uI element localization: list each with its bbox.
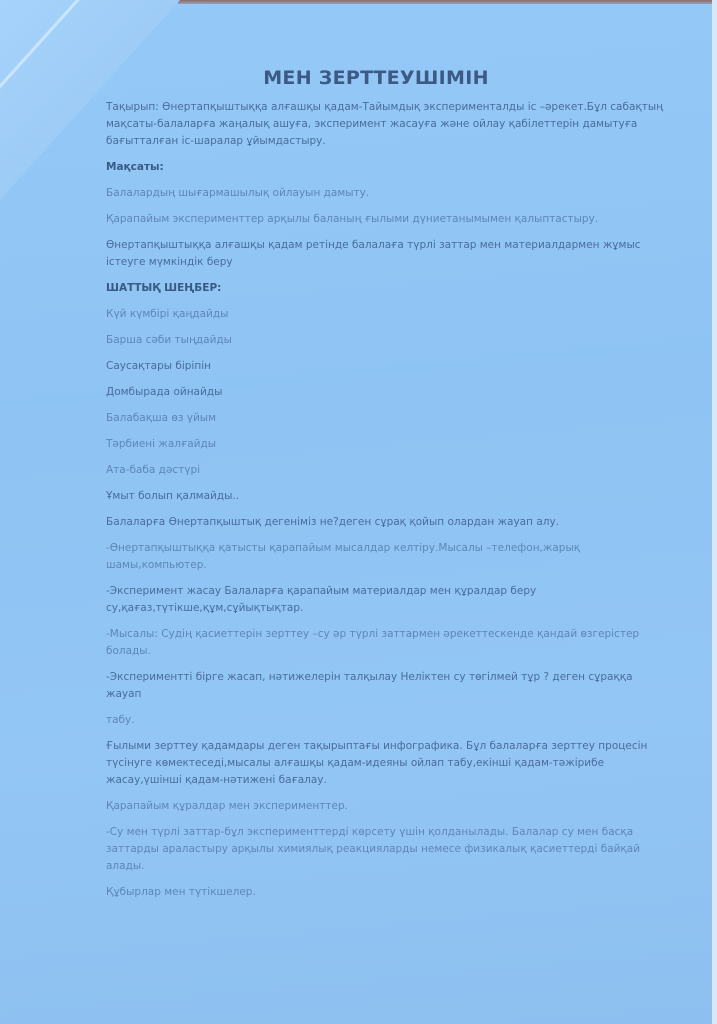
poem-line: Күй күмбірі қаңдайды [106,306,666,323]
topic-label: Тақырып: [106,101,159,113]
body-paragraph: -Өнертапқыштыққа қатысты қарапайым мысал… [106,540,666,574]
document-title: МЕН ЗЕРТТЕУШІМІН [106,70,666,87]
body-paragraph: Ғылыми зерттеу қадамдары деген тақырыпта… [106,738,666,789]
poem-line: Барша сәби тыңдайды [106,332,666,349]
poem-line: Ұмыт болып қалмайды.. [106,488,666,505]
goal-item: Қарапайым эксперименттер арқылы баланың … [106,211,666,228]
poem-line: Домбырада ойнайды [106,384,666,401]
topic-text: Өнертапқыштыққа алғашқы қадам-Тайымдық э… [106,101,663,147]
goal-item: Өнертапқыштыққа алғашқы қадам ретінде ба… [106,237,666,271]
body-paragraph: -Эксперимент жасау Балаларға қарапайым м… [106,583,666,617]
body-paragraph: -Мысалы: Судің қасиеттерін зерттеу –су ә… [106,626,666,660]
body-paragraph: Балаларға Өнертапқыштық дегеніміз не?дег… [106,514,666,531]
body-paragraph: -Су мен түрлі заттар-бұл эксперименттерд… [106,824,666,875]
body-paragraph: Құбырлар мен түтікшелер. [106,884,666,901]
document-body: МЕН ЗЕРТТЕУШІМІН Тақырып: Өнертапқыштыққ… [106,70,666,910]
intro-paragraph: Тақырып: Өнертапқыштыққа алғашқы қадам-Т… [106,99,666,150]
body-paragraph: -Экспериментті бірге жасап, нәтижелерін … [106,669,666,703]
poem-line: Саусақтары біріпін [106,358,666,375]
paper-edge [712,0,717,1024]
body-paragraph: табу. [106,712,666,729]
body-paragraph: Қарапайым құралдар мен эксперименттер. [106,798,666,815]
poem-line: Ата-баба дәстүрі [106,462,666,479]
circle-heading: ШАТТЫҚ ШЕҢБЕР: [106,280,666,297]
goal-item: Балалардың шығармашылық ойлауын дамыту. [106,185,666,202]
poem-line: Тәрбиені жалғайды [106,436,666,453]
poem-line: Балабақша өз үйым [106,410,666,427]
goals-heading: Мақсаты: [106,159,666,176]
poem: Күй күмбірі қаңдайды Барша сәби тыңдайды… [106,306,666,505]
